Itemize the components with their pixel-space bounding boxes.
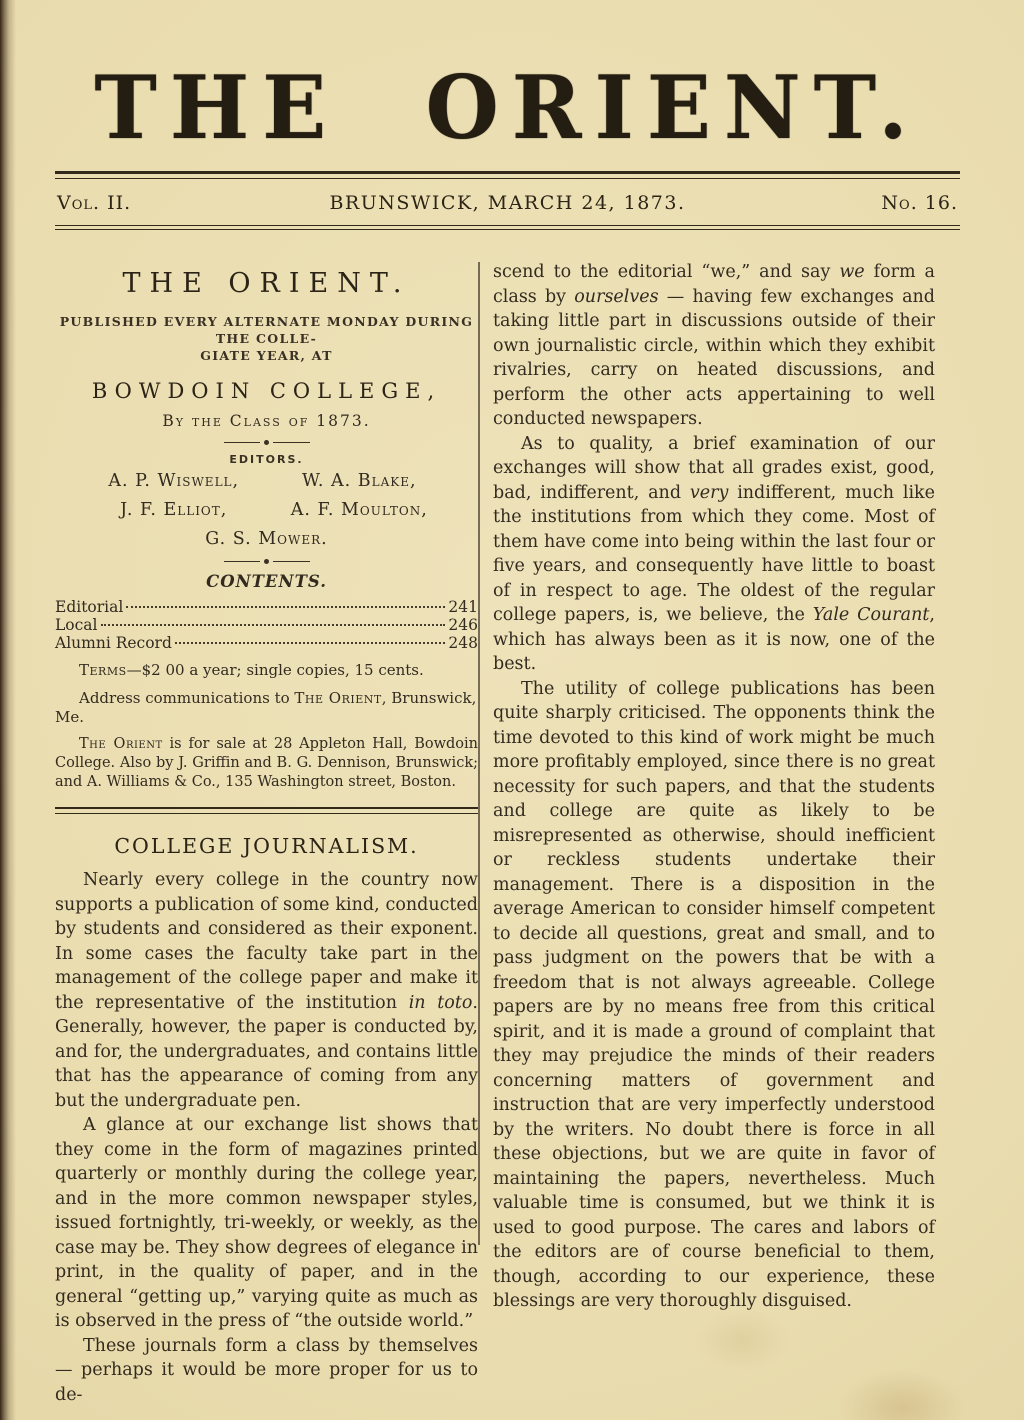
masthead-rule-bottom xyxy=(55,225,960,230)
article-paragraph: Nearly every college in the country now … xyxy=(55,868,478,1113)
left-column: THE ORIENT. PUBLISHED EVERY ALTERNATE MO… xyxy=(55,258,478,1407)
imprint-line-2: GIATE YEAR, AT xyxy=(55,347,478,364)
ornament-dot xyxy=(264,440,269,445)
college-name: BOWDOIN COLLEGE, xyxy=(55,379,478,403)
imprint-statement: PUBLISHED EVERY ALTERNATE MONDAY DURING … xyxy=(55,313,478,364)
editor-name: A. F. Moulton, xyxy=(267,500,453,520)
dateline-text: BRUNSWICK, MARCH 24, 1873. xyxy=(227,192,788,214)
toc-page-number: 241 xyxy=(448,598,478,616)
article-paragraph: The utility of college publications has … xyxy=(493,677,935,1314)
editors-list: A. P. Wiswell, W. A. Blake, J. F. Elliot… xyxy=(55,471,478,520)
toc-leader-dots xyxy=(175,642,446,644)
volume-label: Vol. II. xyxy=(57,192,227,214)
contents-title: CONTENTS. xyxy=(55,572,478,591)
toc-row: Editorial 241 xyxy=(55,598,478,616)
editor-name: A. P. Wiswell, xyxy=(81,471,267,491)
issue-number: No. 16. xyxy=(788,192,958,214)
dateline-row: Vol. II. BRUNSWICK, MARCH 24, 1873. No. … xyxy=(57,192,958,214)
toc-label: Local xyxy=(55,616,98,634)
toc-leader-dots xyxy=(126,606,445,608)
paper-title: THE ORIENT. xyxy=(55,268,478,299)
toc-label: Editorial xyxy=(55,598,123,616)
scanned-newspaper-page: THE ORIENT. Vol. II. BRUNSWICK, MARCH 24… xyxy=(0,0,1024,1420)
address-line: Address communications to The Orient, Br… xyxy=(55,689,478,727)
editor-name: W. A. Blake, xyxy=(267,471,453,491)
toc-row: Local 246 xyxy=(55,616,478,634)
toc-leader-dots xyxy=(101,624,446,626)
masthead-rule-top xyxy=(55,171,960,179)
terms-line: Terms—$2 00 a year; single copies, 15 ce… xyxy=(55,661,478,680)
section-rule xyxy=(55,807,478,814)
ornament-divider xyxy=(224,559,310,564)
editors-label: EDITORS. xyxy=(55,453,478,466)
ornament-dot xyxy=(264,559,269,564)
ornament-divider xyxy=(224,440,310,445)
toc-label: Alumni Record xyxy=(55,634,172,652)
masthead: THE ORIENT. Vol. II. BRUNSWICK, MARCH 24… xyxy=(55,0,960,230)
class-line: By the Class of 1873. xyxy=(55,412,478,430)
column-divider-rule xyxy=(478,262,480,1245)
article-paragraph: A glance at our exchange list shows that… xyxy=(55,1113,478,1334)
masthead-title: THE ORIENT. xyxy=(55,56,960,159)
book-gutter-shadow xyxy=(0,0,16,1420)
toc-page-number: 248 xyxy=(448,634,478,652)
contents-list: Editorial 241 Local 246 Alumni Record 24… xyxy=(55,598,478,652)
imprint-line-1: PUBLISHED EVERY ALTERNATE MONDAY DURING … xyxy=(55,313,478,347)
article-heading: COLLEGE JOURNALISM. xyxy=(55,834,478,858)
editor-name: G. S. Mower. xyxy=(55,529,478,549)
right-column: scend to the editorial “we,” and say we … xyxy=(493,258,935,1314)
article-paragraph: These journals form a class by themselve… xyxy=(55,1334,478,1408)
toc-row: Alumni Record 248 xyxy=(55,634,478,652)
toc-page-number: 246 xyxy=(448,616,478,634)
sale-note: The Orient is for sale at 28 Appleton Ha… xyxy=(55,735,478,792)
article-paragraph: scend to the editorial “we,” and say we … xyxy=(493,260,935,432)
article-paragraph: As to quality, a brief examination of ou… xyxy=(493,432,935,677)
editor-name: J. F. Elliot, xyxy=(81,500,267,520)
